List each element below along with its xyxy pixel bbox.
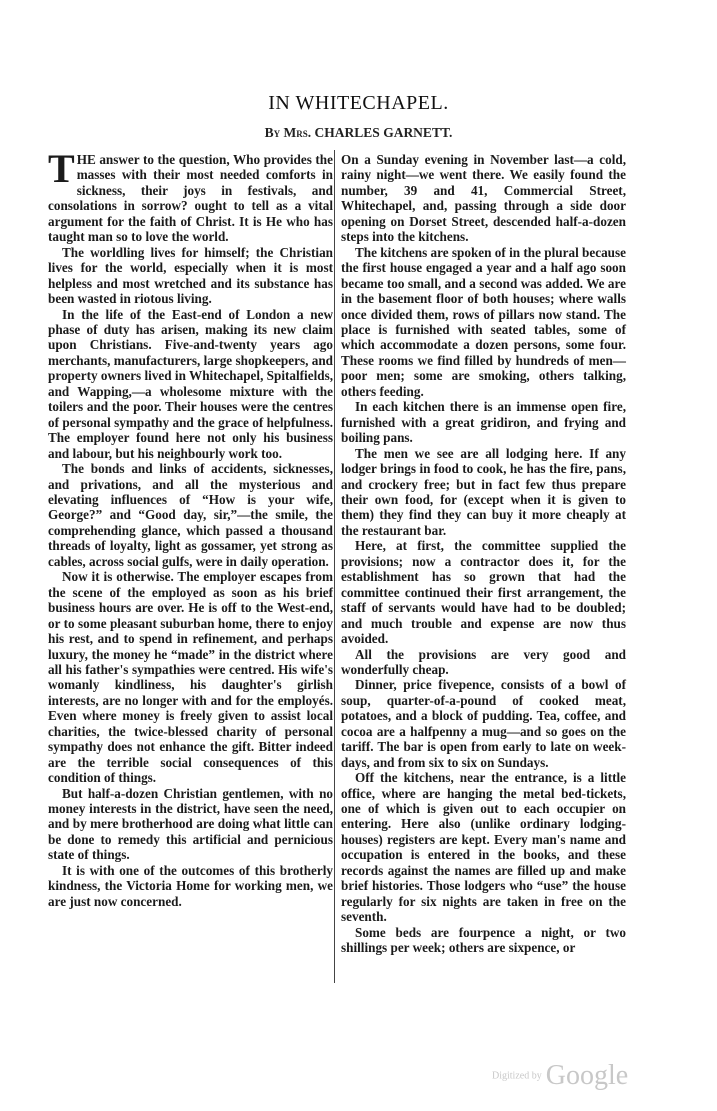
paragraph: On a Sunday evening in November last—a c… <box>341 152 626 245</box>
paragraph: The worldling lives for himself; the Chr… <box>48 245 333 307</box>
paragraph: In the life of the East-end of London a … <box>48 307 333 462</box>
paragraph: Off the kitchens, near the entrance, is … <box>341 770 626 925</box>
paragraph: Here, at first, the committee supplied t… <box>341 538 626 646</box>
paragraph: Some beds are fourpence a night, or two … <box>341 925 626 956</box>
paragraph: THE answer to the question, Who provides… <box>48 152 333 245</box>
drop-cap: T <box>48 154 75 184</box>
digitized-watermark: Digitized by Google <box>492 1060 628 1092</box>
paragraph: It is with one of the outcomes of this b… <box>48 863 333 909</box>
right-column: On a Sunday evening in November last—a c… <box>341 152 626 956</box>
article-byline: By Mrs. CHARLES GARNETT. <box>0 125 717 141</box>
article-title: IN WHITECHAPEL. <box>0 92 717 115</box>
google-logo: Google <box>546 1060 628 1091</box>
paragraph: The men we see are all lodging here. If … <box>341 446 626 539</box>
paragraph: The bonds and links of accidents, sickne… <box>48 461 333 569</box>
left-column: THE answer to the question, Who provides… <box>48 152 333 909</box>
paragraph: In each kitchen there is an immense open… <box>341 399 626 445</box>
paragraph: The kitchens are spoken of in the plural… <box>341 245 626 400</box>
paragraph: Dinner, price fivepence, consists of a b… <box>341 677 626 770</box>
column-divider <box>334 150 335 983</box>
paragraph: Now it is otherwise. The employer escape… <box>48 569 333 785</box>
watermark-prefix: Digitized by <box>492 1071 542 1082</box>
paragraph: All the provisions are very good and won… <box>341 647 626 678</box>
paragraph: But half-a-dozen Christian gentlemen, wi… <box>48 786 333 863</box>
